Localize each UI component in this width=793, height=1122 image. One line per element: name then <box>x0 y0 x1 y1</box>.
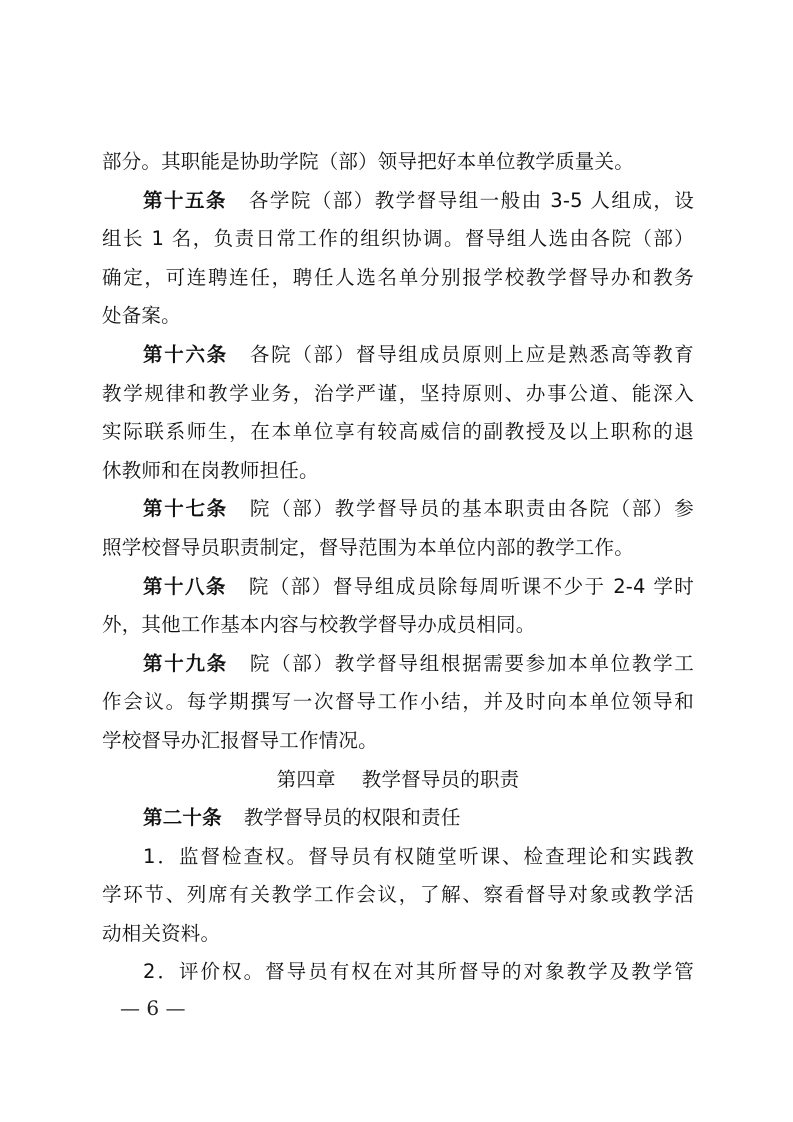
article-label: 第十六条 <box>143 343 228 366</box>
article-text: 院（部）教学督导员的基本职责由各院（部）参 <box>250 497 694 520</box>
item-2-first-line: 2．评价权。督导员有权在对其所督导的对象教学及教学管 <box>102 953 694 992</box>
article-label: 第十五条 <box>143 189 227 212</box>
paragraph-line: 处备案。 <box>102 297 694 336</box>
article-20-first-line: 第二十条教学督导员的权限和责任 <box>102 799 694 838</box>
article-15-first-line: 第十五条各学院（部）教学督导组一般由 3-5 人组成，设 <box>102 182 694 221</box>
article-label: 第十七条 <box>143 497 228 520</box>
article-16-first-line: 第十六条各院（部）督导组成员原则上应是熟悉高等教育 <box>102 336 694 375</box>
item-1-first-line: 1．监督检查权。督导员有权随堂听课、检查理论和实践教 <box>102 838 694 877</box>
paragraph-line: 动相关资料。 <box>102 915 694 954</box>
paragraph-line: 实际联系师生，在本单位享有较高威信的副教授及以上职称的退 <box>102 413 694 452</box>
chapter-number: 第四章 <box>277 768 336 791</box>
paragraph-line: 作会议。每学期撰写一次督导工作小结，并及时向本单位领导和 <box>102 683 694 722</box>
paragraph-line: 照学校督导员职责制定，督导范围为本单位内部的教学工作。 <box>102 529 694 568</box>
paragraph-line: 学校督导办汇报督导工作情况。 <box>102 722 694 761</box>
paragraph-line: 教学规律和教学业务，治学严谨，坚持原则、办事公道、能深入 <box>102 375 694 414</box>
page-number: — 6 — <box>120 996 185 1020</box>
paragraph-line: 确定，可连聘连任，聘任人选名单分别报学校教学督导办和教务 <box>102 259 694 298</box>
paragraph-line: 休教师和在岗教师担任。 <box>102 452 694 491</box>
paragraph-line: 外，其他工作基本内容与校教学督导办成员相同。 <box>102 606 694 645</box>
article-text: 院（部）教学督导组根据需要参加本单位教学工 <box>250 652 694 675</box>
paragraph-line: 组长 1 名，负责日常工作的组织协调。督导组人选由各院（部） <box>102 220 694 259</box>
article-label: 第十八条 <box>143 575 227 598</box>
paragraph-line: 部分。其职能是协助学院（部）领导把好本单位教学质量关。 <box>102 143 694 182</box>
document-page: 部分。其职能是协助学院（部）领导把好本单位教学质量关。 第十五条各学院（部）教学… <box>102 143 694 992</box>
article-text: 教学督导员的权限和责任 <box>244 806 461 829</box>
article-text: 各学院（部）教学督导组一般由 3-5 人组成，设 <box>249 189 694 212</box>
article-text: 院（部）督导组成员除每周听课不少于 2-4 学时 <box>249 575 694 598</box>
article-label: 第十九条 <box>143 652 228 675</box>
article-17-first-line: 第十七条院（部）教学督导员的基本职责由各院（部）参 <box>102 490 694 529</box>
chapter-heading: 第四章教学督导员的职责 <box>102 761 694 800</box>
article-label: 第二十条 <box>143 806 222 829</box>
article-18-first-line: 第十八条院（部）督导组成员除每周听课不少于 2-4 学时 <box>102 568 694 607</box>
article-19-first-line: 第十九条院（部）教学督导组根据需要参加本单位教学工 <box>102 645 694 684</box>
paragraph-line: 学环节、列席有关教学工作会议，了解、察看督导对象或教学活 <box>102 876 694 915</box>
article-text: 各院（部）督导组成员原则上应是熟悉高等教育 <box>250 343 694 366</box>
chapter-title: 教学督导员的职责 <box>362 768 520 791</box>
